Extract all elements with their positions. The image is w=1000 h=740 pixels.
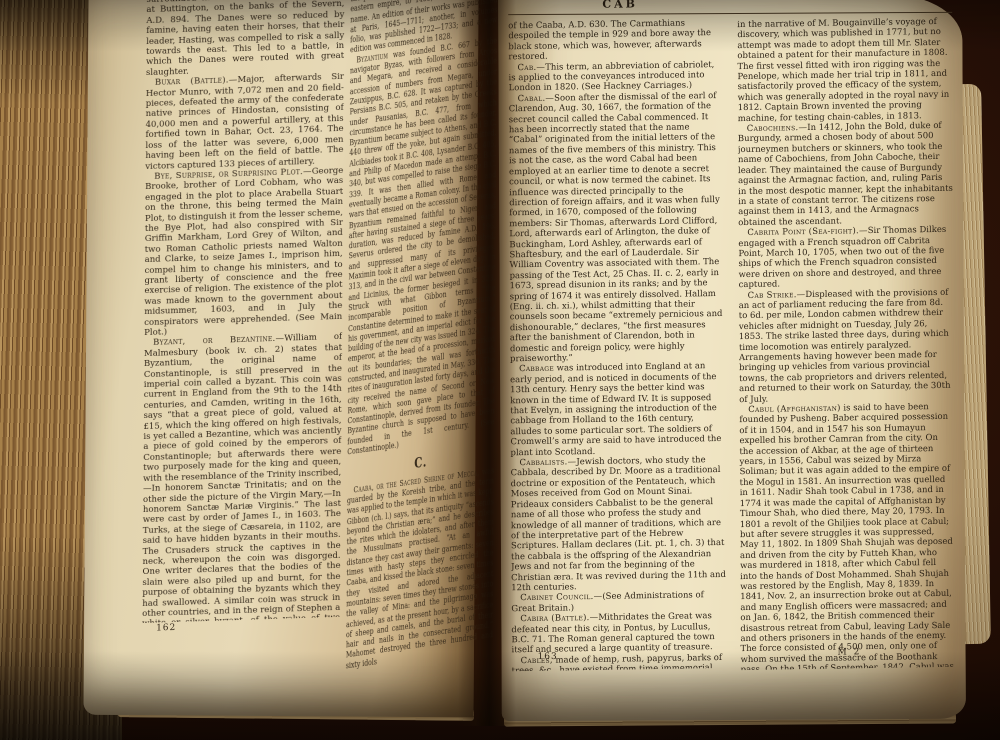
entry-heading: Cabochiens.—: [747, 123, 807, 134]
right-page-number: 163: [538, 652, 558, 662]
entry-text: of the Caaba, A.D. 630. The Carmathians …: [508, 19, 711, 63]
entry-heading: Cab Strike.—: [748, 290, 806, 301]
photo-of-open-book: surrounded the Danes in their fortificat…: [0, 0, 1000, 740]
dictionary-entry: of the Caaba, A.D. 630. The Carmathians …: [508, 18, 723, 63]
entry-heading: Cabinet Council.—: [520, 592, 602, 603]
right-page-column-1: of the Caaba, A.D. 630. The Carmathians …: [508, 18, 726, 671]
running-head: CAB: [560, 0, 680, 11]
dictionary-entry: Cabbage was introduced into England at a…: [510, 361, 725, 458]
dictionary-entry: Cabochiens.—In 1412, John the Bold, duke…: [738, 121, 954, 228]
entry-text: George Brooke, brother of Lord Cobham, w…: [144, 166, 343, 338]
entry-text: was introduced into England at an early …: [510, 362, 721, 458]
dictionary-entry: in the narrative of M. Bougainville’s vo…: [737, 17, 953, 124]
entry-text: was guarded by the Koreish tribe, and th…: [346, 466, 494, 671]
entry-text: C.: [414, 455, 427, 473]
entry-text: Soon after the dismissal of the earl of …: [509, 91, 723, 364]
right-page-columns: of the Caaba, A.D. 630. The Carmathians …: [508, 18, 955, 670]
entry-text: in the narrative of M. Bougainville’s vo…: [737, 17, 949, 124]
right-page-column-2: in the narrative of M. Bougainville’s vo…: [737, 17, 955, 670]
dictionary-entry: Cab.—This term, an abbreviation of cabri…: [508, 60, 723, 95]
dictionary-entry: Cabbalists.—Jewish doctors, who study th…: [511, 455, 727, 594]
dictionary-entry: Byzant, or Bezantine.—William of Malmesb…: [142, 332, 342, 623]
dictionary-entry: Byzantium was founded B.C. 667 by the na…: [347, 36, 497, 458]
dictionary-entry: Cabal.—Soon after the dismissal of the e…: [509, 91, 725, 365]
header-rule: [508, 12, 952, 15]
dictionary-entry: Buxar (Battle).—Major, afterwards Sir He…: [145, 72, 344, 172]
entry-text: In 1412, John the Bold, duke of Burgundy…: [738, 121, 953, 228]
entry-heading: Cabal.—: [518, 93, 555, 104]
entry-text: was founded B.C. 667 by the navigator By…: [347, 36, 497, 458]
left-page-column-1: surrounded the Danes in their fortificat…: [142, 0, 344, 623]
right-page: CAB of the Caaba, A.D. 630. The Carmathi…: [498, 0, 966, 721]
dictionary-entry: Caaba, or the Sacred Shrine of Mecca, wa…: [346, 466, 494, 672]
printer-signature-mark: M 2: [838, 647, 862, 657]
left-page-column-2: the principal transactions of the Byzant…: [346, 0, 498, 696]
entry-text: surrounded the Danes in their fortificat…: [146, 0, 345, 78]
left-page: surrounded the Danes in their fortificat…: [83, 0, 478, 717]
entry-heading: Cab.—: [517, 62, 545, 72]
dictionary-entry: Cab Strike.—Displeased with the provisio…: [739, 287, 955, 405]
entry-text: Displeased with the provisions of an act…: [739, 287, 951, 404]
left-page-number: 162: [156, 623, 176, 634]
dictionary-entry: Cabrita Point (Sea-fight).—Sir Thomas Di…: [738, 225, 953, 291]
dictionary-entry: Cabira (Battle).—Mithridates the Great w…: [511, 611, 726, 656]
dictionary-entry: Bye, Surprise, or Surprising Plot.—Georg…: [144, 166, 343, 339]
entry-text: Major, afterwards Sir Hector Munro, with…: [145, 72, 344, 171]
entry-heading: Cabira (Battle).—: [520, 613, 598, 624]
dictionary-entry: surrounded the Danes in their fortificat…: [146, 0, 345, 78]
dictionary-entry: Cabul (Affghanistan) is said to have bee…: [739, 402, 955, 670]
entry-heading: Cabbalists.—: [520, 457, 577, 468]
entry-text: William of Malmesbury (book iv. ch. 2) s…: [142, 332, 342, 623]
entry-heading: Cabbage: [519, 364, 554, 375]
entry-text: Jewish doctors, who study the Cabbala, d…: [511, 455, 726, 593]
entry-text: is said to have been founded by Pusheng.…: [739, 402, 954, 670]
